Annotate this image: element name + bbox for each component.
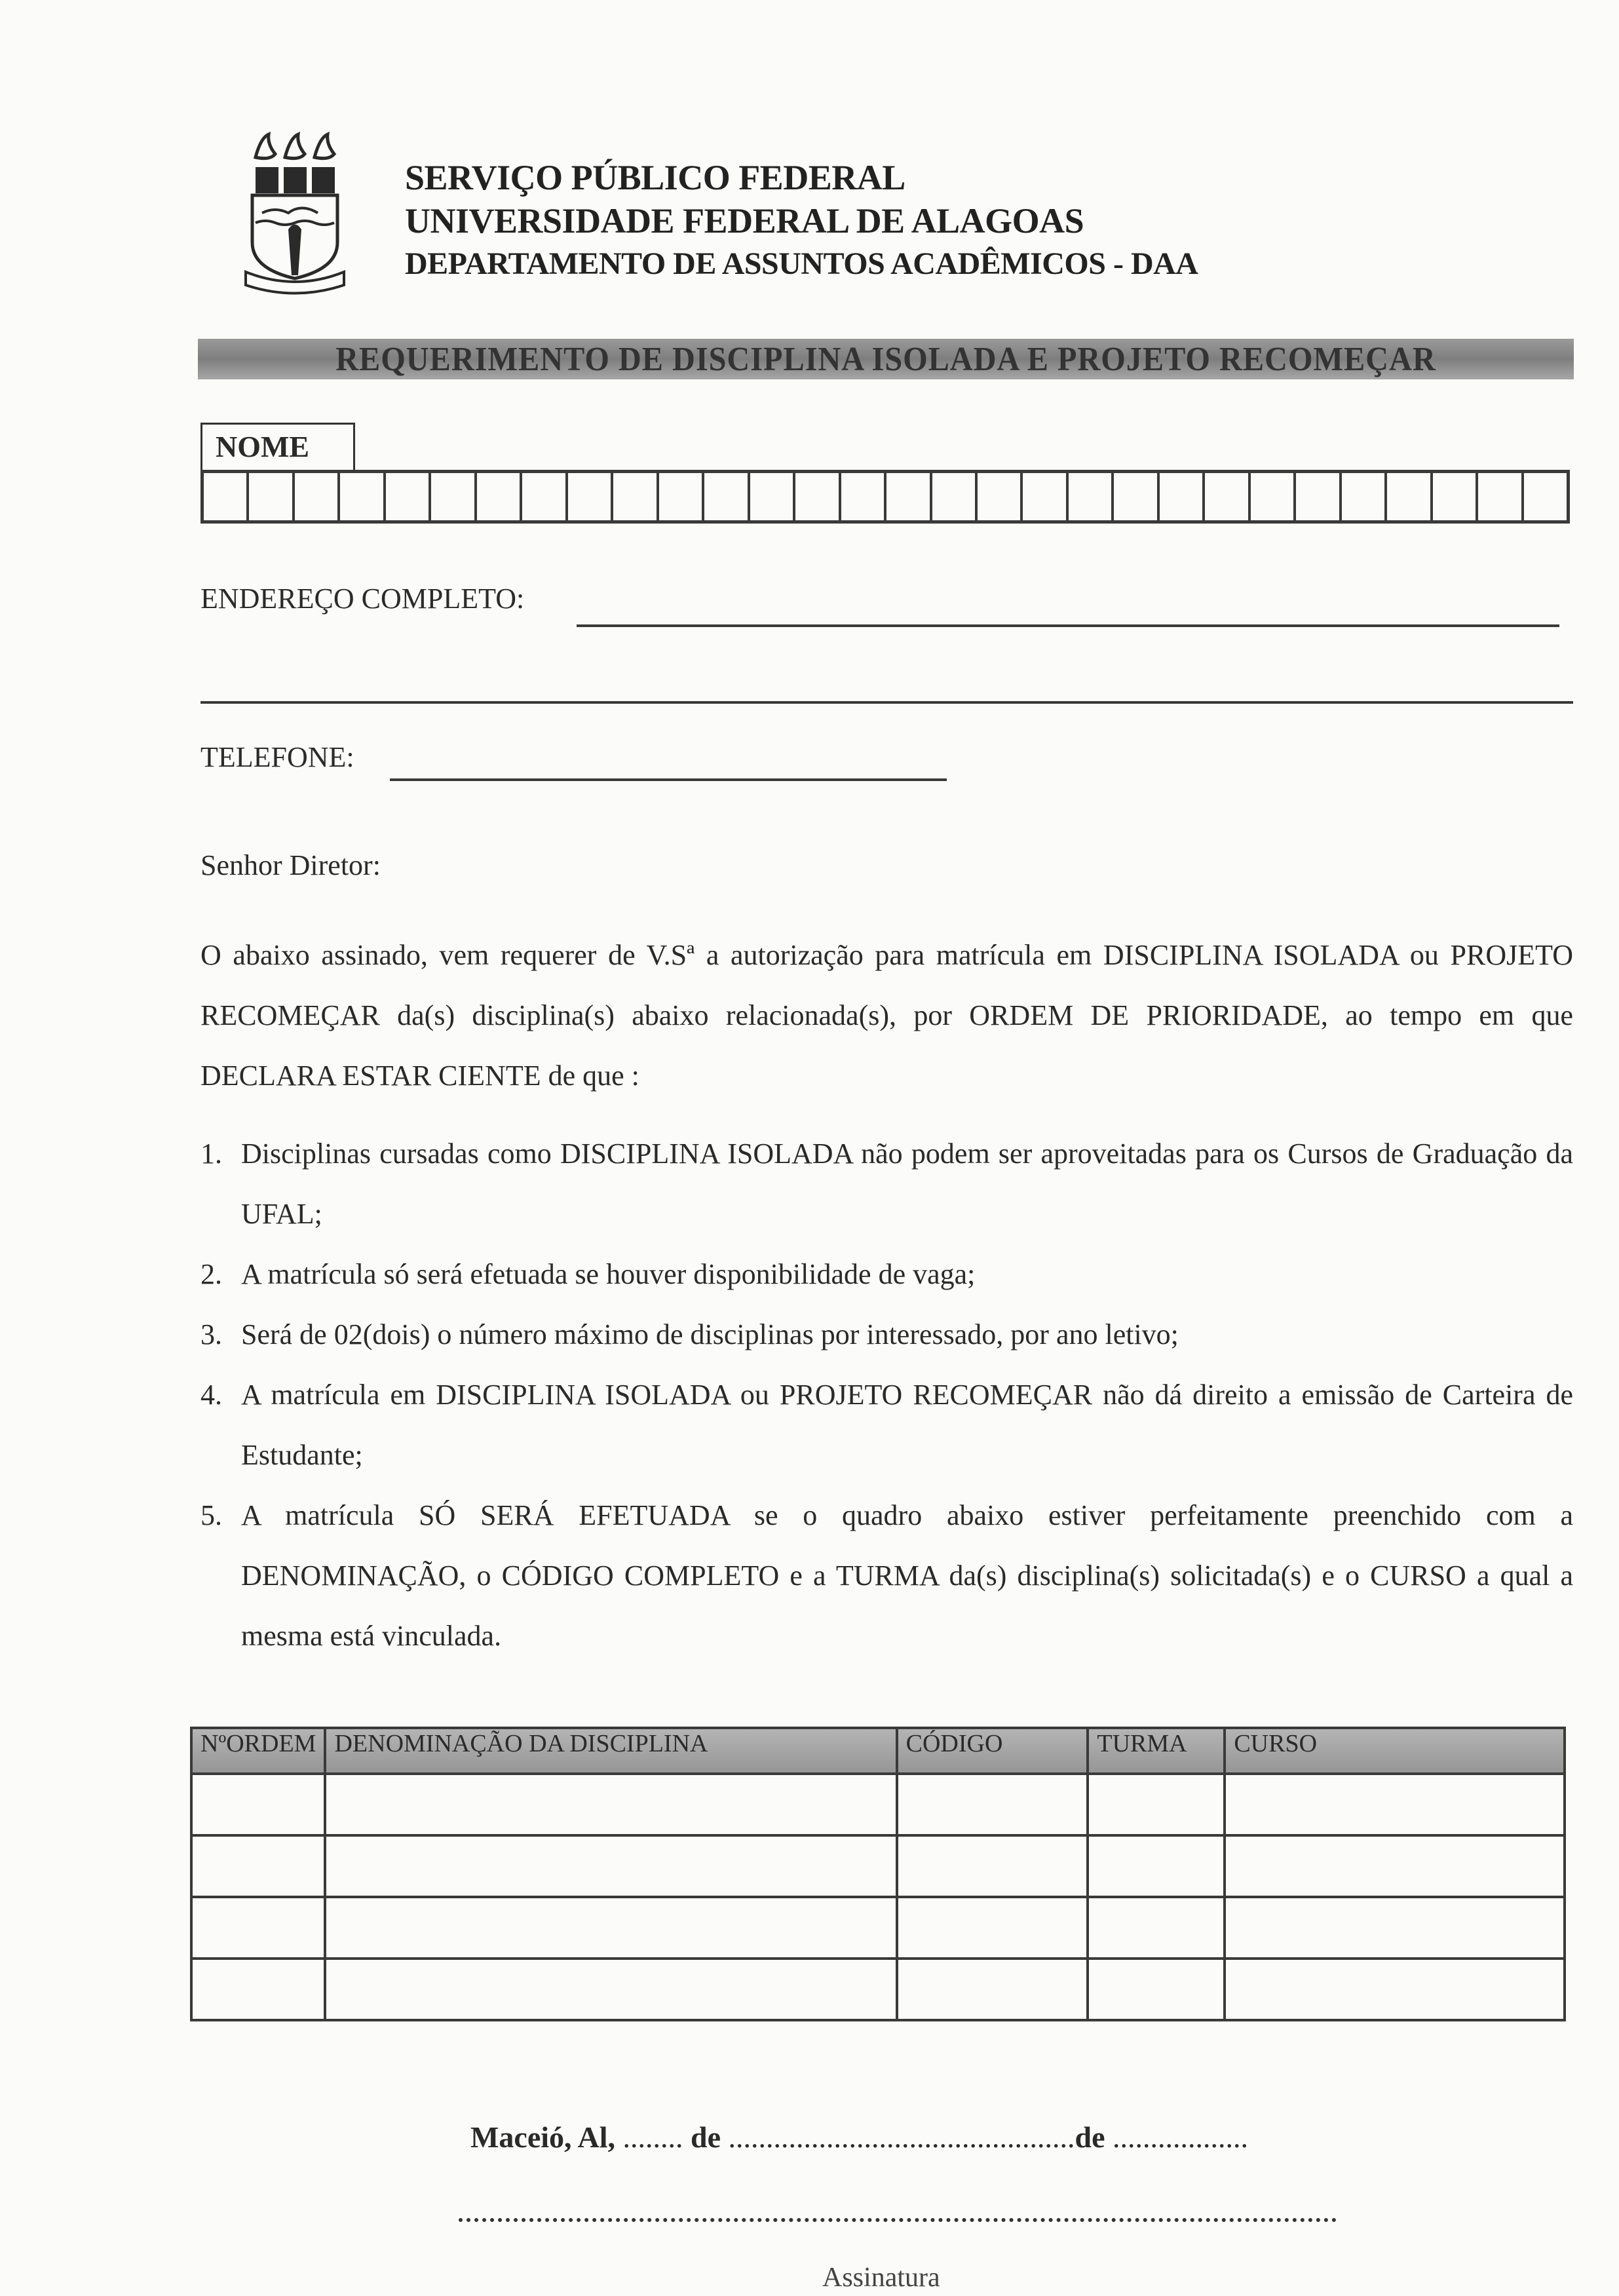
nome-letter-cell[interactable]	[522, 473, 567, 520]
condition-item: 4.A matrícula em DISCIPLINA ISOLADA ou P…	[200, 1365, 1573, 1485]
nome-letter-cell[interactable]	[568, 473, 613, 520]
nome-letter-cell[interactable]	[1433, 473, 1478, 520]
nome-letter-cell[interactable]	[841, 473, 886, 520]
signature-label: Assinatura	[822, 2262, 940, 2293]
condition-text: A matrícula em DISCIPLINA ISOLADA ou PRO…	[241, 1365, 1573, 1485]
nome-letter-cell[interactable]	[1478, 473, 1523, 520]
intro-paragraph: O abaixo assinado, vem requerer de V.Sª …	[200, 925, 1573, 1106]
nome-letter-cell[interactable]	[978, 473, 1023, 520]
table-header-row: NºORDEM DENOMINAÇÃO DA DISCIPLINA CÓDIGO…	[191, 1728, 1565, 1774]
date-line: Maceió, Al, ........ de ................…	[470, 2120, 1248, 2154]
nome-letter-cell[interactable]	[1387, 473, 1432, 520]
table-cell[interactable]	[1225, 1774, 1565, 1835]
form-page: SERVIÇO PÚBLICO FEDERAL UNIVERSIDADE FED…	[0, 0, 1619, 2296]
table-cell[interactable]	[1088, 1897, 1225, 1959]
table-cell[interactable]	[191, 1835, 325, 1897]
condition-text: Disciplinas cursadas como DISCIPLINA ISO…	[241, 1124, 1573, 1244]
nome-input-grid[interactable]	[200, 470, 1570, 524]
nome-letter-cell[interactable]	[932, 473, 978, 520]
table-cell[interactable]	[1225, 1959, 1565, 2020]
table-cell[interactable]	[191, 1897, 325, 1959]
table-cell[interactable]	[1088, 1959, 1225, 2020]
table-cell[interactable]	[191, 1774, 325, 1835]
condition-number: 1.	[200, 1124, 241, 1244]
nome-letter-cell[interactable]	[1342, 473, 1387, 520]
de-label-2: de	[1075, 2120, 1105, 2154]
nome-letter-cell[interactable]	[613, 473, 658, 520]
nome-letter-cell[interactable]	[1160, 473, 1205, 520]
form-title-band: REQUERIMENTO DE DISCIPLINA ISOLADA E PRO…	[198, 339, 1574, 379]
conditions-list: 1.Disciplinas cursadas como DISCIPLINA I…	[200, 1124, 1573, 1666]
col-curso: CURSO	[1225, 1728, 1565, 1774]
signature-line[interactable]	[459, 2218, 1337, 2222]
table-cell[interactable]	[325, 1897, 896, 1959]
col-denominacao: DENOMINAÇÃO DA DISCIPLINA	[325, 1728, 896, 1774]
nome-letter-cell[interactable]	[477, 473, 522, 520]
telefone-label: TELEFONE:	[200, 740, 354, 774]
nome-letter-cell[interactable]	[1251, 473, 1296, 520]
condition-number: 2.	[200, 1244, 241, 1305]
condition-number: 4.	[200, 1365, 241, 1485]
col-ordem: NºORDEM	[191, 1728, 325, 1774]
condition-text: Será de 02(dois) o número máximo de disc…	[241, 1305, 1573, 1365]
ufal-crest-icon	[236, 131, 354, 295]
nome-letter-cell[interactable]	[886, 473, 932, 520]
col-turma: TURMA	[1088, 1728, 1225, 1774]
nome-letter-cell[interactable]	[1296, 473, 1341, 520]
table-row	[191, 1897, 1565, 1959]
condition-item: 2.A matrícula só será efetuada se houver…	[200, 1244, 1573, 1305]
condition-item: 1.Disciplinas cursadas como DISCIPLINA I…	[200, 1124, 1573, 1244]
form-title: REQUERIMENTO DE DISCIPLINA ISOLADA E PRO…	[335, 340, 1436, 379]
table-cell[interactable]	[1088, 1774, 1225, 1835]
year-field[interactable]: ..................	[1113, 2120, 1248, 2154]
table-cell[interactable]	[325, 1774, 896, 1835]
telefone-field-line[interactable]	[390, 778, 947, 781]
nome-letter-cell[interactable]	[249, 473, 294, 520]
header-line-3: DEPARTAMENTO DE ASSUNTOS ACADÊMICOS - DA…	[405, 242, 1198, 286]
condition-text: A matrícula só será efetuada se houver d…	[241, 1244, 1573, 1305]
nome-letter-cell[interactable]	[1524, 473, 1567, 520]
day-field[interactable]: ........	[623, 2120, 683, 2154]
condition-item: 5.A matrícula SÓ SERÁ EFETUADA se o quad…	[200, 1485, 1573, 1666]
table-cell[interactable]	[897, 1774, 1088, 1835]
col-codigo: CÓDIGO	[897, 1728, 1088, 1774]
table-cell[interactable]	[1088, 1835, 1225, 1897]
month-field[interactable]: ........................................…	[729, 2120, 1075, 2154]
endereco-field-line-2[interactable]	[200, 701, 1573, 704]
nome-letter-cell[interactable]	[659, 473, 704, 520]
nome-letter-cell[interactable]	[1023, 473, 1068, 520]
condition-number: 3.	[200, 1305, 241, 1365]
nome-letter-cell[interactable]	[704, 473, 750, 520]
nome-letter-cell[interactable]	[795, 473, 841, 520]
table-row	[191, 1959, 1565, 2020]
nome-letter-cell[interactable]	[431, 473, 476, 520]
table-cell[interactable]	[191, 1959, 325, 2020]
nome-letter-cell[interactable]	[386, 473, 431, 520]
institution-header: SERVIÇO PÚBLICO FEDERAL UNIVERSIDADE FED…	[405, 156, 1198, 286]
salutation: Senhor Diretor:	[200, 849, 381, 882]
city-label: Maceió, Al,	[470, 2120, 615, 2154]
nome-label: NOME	[200, 423, 355, 470]
nome-letter-cell[interactable]	[750, 473, 795, 520]
table-cell[interactable]	[1225, 1897, 1565, 1959]
condition-text: A matrícula SÓ SERÁ EFETUADA se o quadro…	[241, 1485, 1573, 1666]
header-line-1: SERVIÇO PÚBLICO FEDERAL	[405, 156, 1198, 199]
table-cell[interactable]	[897, 1897, 1088, 1959]
table-row	[191, 1774, 1565, 1835]
nome-letter-cell[interactable]	[340, 473, 385, 520]
nome-letter-cell[interactable]	[204, 473, 249, 520]
endereco-label: ENDEREÇO COMPLETO:	[200, 582, 524, 615]
nome-letter-cell[interactable]	[1205, 473, 1250, 520]
table-cell[interactable]	[325, 1959, 896, 2020]
table-cell[interactable]	[897, 1959, 1088, 2020]
table-cell[interactable]	[325, 1835, 896, 1897]
nome-letter-cell[interactable]	[295, 473, 340, 520]
nome-letter-cell[interactable]	[1069, 473, 1114, 520]
nome-letter-cell[interactable]	[1114, 473, 1159, 520]
header-line-2: UNIVERSIDADE FEDERAL DE ALAGOAS	[405, 199, 1198, 242]
de-label-1: de	[691, 2120, 721, 2154]
endereco-field-line-1[interactable]	[577, 624, 1559, 627]
table-row	[191, 1835, 1565, 1897]
disciplines-table: NºORDEM DENOMINAÇÃO DA DISCIPLINA CÓDIGO…	[190, 1727, 1566, 2021]
condition-item: 3.Será de 02(dois) o número máximo de di…	[200, 1305, 1573, 1365]
table-cell[interactable]	[1225, 1835, 1565, 1897]
table-cell[interactable]	[897, 1835, 1088, 1897]
condition-number: 5.	[200, 1485, 241, 1666]
